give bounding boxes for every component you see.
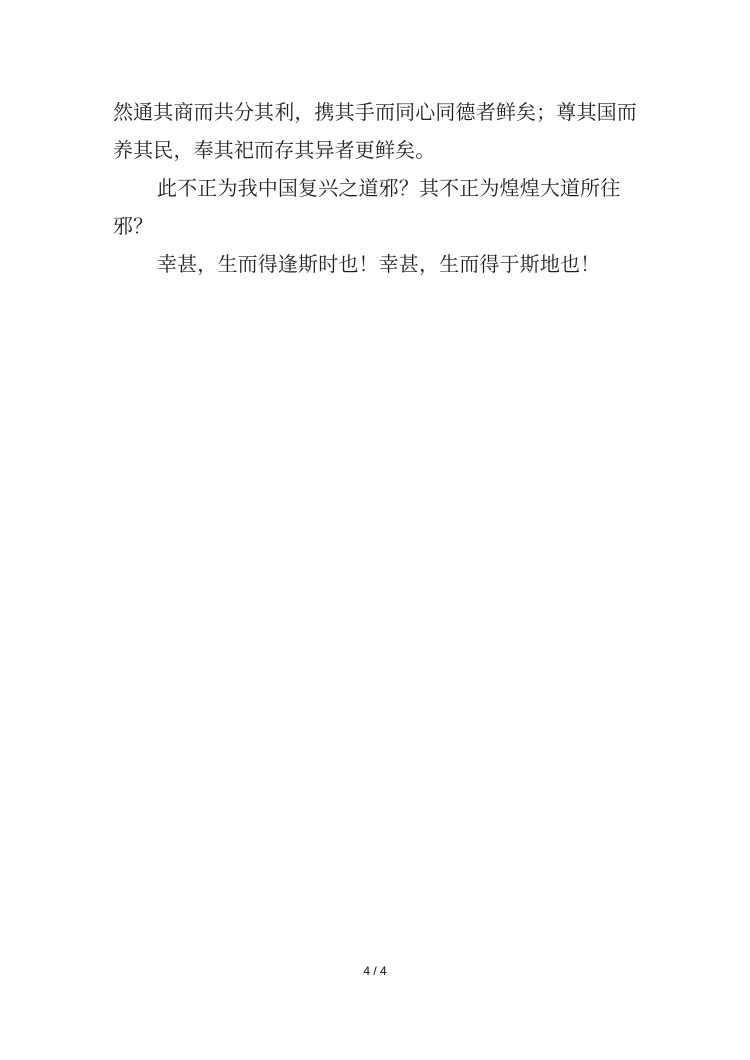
text-line: 邪？ — [113, 207, 641, 245]
page-number: 4 / 4 — [0, 964, 750, 978]
text-line: 养其民，奉其祀而存其异者更鲜矣。 — [113, 131, 641, 169]
document-body: 然通其商而共分其利，携其手而同心同德者鲜矣；尊其国而养其民，奉其祀而存其异者更鲜… — [113, 93, 641, 283]
text-line: 幸甚，生而得逢斯时也！幸甚，生而得于斯地也！ — [113, 245, 641, 283]
document-page: 然通其商而共分其利，携其手而同心同德者鲜矣；尊其国而养其民，奉其祀而存其异者更鲜… — [0, 0, 750, 1060]
text-line: 此不正为我中国复兴之道邪？其不正为煌煌大道所往 — [113, 169, 641, 207]
text-line: 然通其商而共分其利，携其手而同心同德者鲜矣；尊其国而 — [113, 93, 641, 131]
